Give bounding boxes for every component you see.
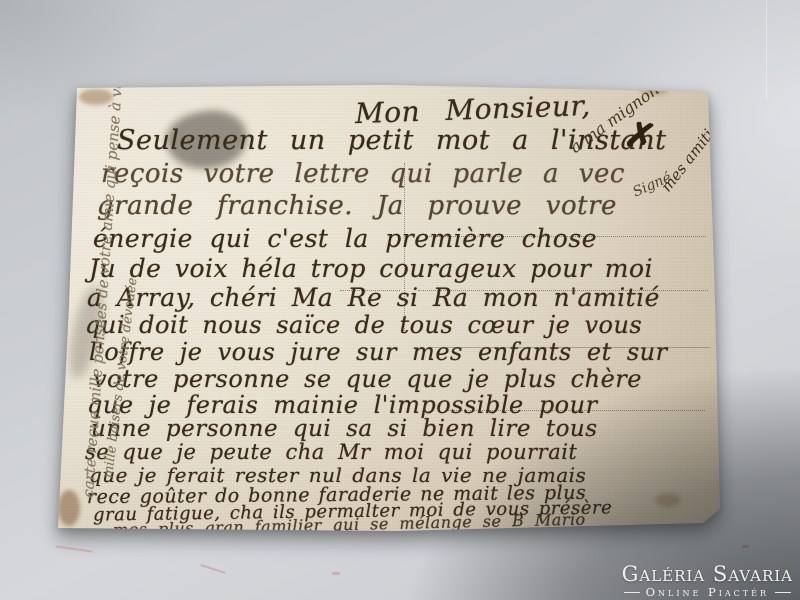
watermark-subtitle: Online Piactér [646,587,769,599]
backdrop-crease-line [766,0,767,100]
watermark-title: Galéria Savaria [622,564,793,585]
handwriting-line: énergie qui c'est la première chose [93,224,597,253]
handwriting-line: qui doit nous saïce de tous cœur je vous [85,311,642,339]
handwriting-line: l'offre je vous jure sur mes enfants et … [89,338,668,366]
handwriting-line: grande franchise. Ja prouve votre [97,191,617,221]
backdrop-scratch [332,572,340,575]
backdrop-scratch [200,564,225,574]
watermark: Galéria Savaria Online Piactér [622,564,793,599]
handwriting-line: reçois votre lettre qui parle a vec [101,159,625,189]
watermark-dash-right [775,592,791,593]
handwriting-line: Ju de voix héla trop courageux pour moi [89,254,653,283]
backdrop-scratch [55,545,93,552]
handwritten-salutation: Mon Monsieur, [354,89,591,130]
watermark-subtitle-row: Online Piactér [622,587,793,599]
corner-stain [58,490,80,526]
corner-scribble: Signé [630,169,673,200]
photo-backdrop: Mon Monsieur, Seulement un petit mot a l… [0,0,800,600]
watermark-dash-left [624,592,640,593]
handwriting-line: a Array, chéri Ma Re si Ra mon n'amitié [87,283,660,312]
